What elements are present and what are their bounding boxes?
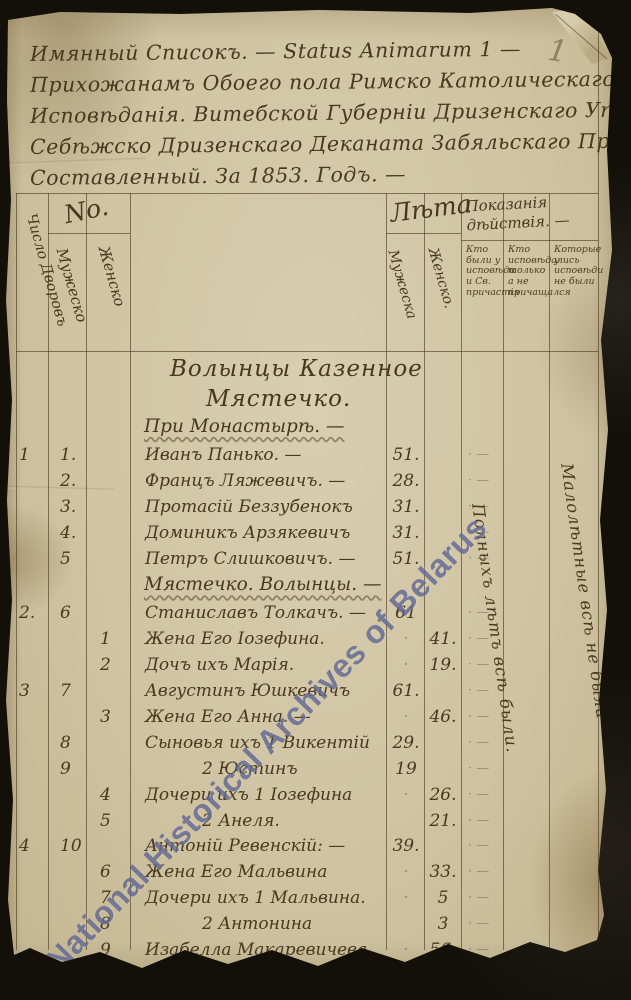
cell-age-male: 61.	[388, 681, 424, 701]
cell-age-male	[388, 940, 424, 960]
cell-action-mark	[468, 709, 588, 724]
cell-number-male: 1.	[50, 445, 96, 465]
cell-number-male: 6	[50, 603, 96, 623]
cell-age-female: 19.	[425, 655, 461, 675]
table-row: При Монастырѣ. —	[16, 416, 598, 445]
cell-age-female: 56.	[425, 940, 461, 960]
cell-age-male: 19	[388, 759, 424, 779]
cell-action-mark	[468, 447, 588, 462]
cell-name: Иванъ Панько. —	[130, 445, 405, 465]
cell-age-male	[388, 655, 424, 675]
document-page: Имянный Списокъ. — Status Animarum 1 — П…	[0, 0, 631, 1000]
cell-name: Петръ Слишковичъ. —	[130, 549, 405, 569]
table-row: Мястечко.	[16, 386, 598, 416]
cell-age-male	[388, 888, 424, 908]
cell-action-mark	[468, 735, 588, 750]
table-row: 2. 6 Станиславъ Толкачъ. — 61	[16, 603, 598, 629]
cell-action-mark	[468, 864, 588, 879]
cell-number-male: 5	[50, 549, 96, 569]
table-row: 9 2 Юстинъ 19	[16, 759, 598, 785]
cell-action-mark	[468, 657, 588, 672]
table-row: Волынцы Казенное	[16, 356, 598, 386]
cell-name: Дочери ихъ 1 Іозефина	[130, 785, 405, 805]
column-header-action-1: Кто были у исповѣди и Св. причастія	[462, 242, 503, 298]
table-hline	[48, 233, 130, 234]
cell-name: Дочери ихъ 1 Мальвина.	[130, 888, 405, 908]
cell-number-male: 4.	[50, 523, 96, 543]
cell-action-mark	[468, 916, 588, 931]
cell-name: Мястечко. Волынцы. —	[130, 574, 404, 595]
cell-action-mark	[468, 890, 588, 905]
cell-name: Францъ Ляжевичъ. —	[130, 471, 405, 491]
cell-age-female: 21.	[425, 811, 461, 831]
cell-age-male	[388, 862, 424, 882]
title-block: Имянный Списокъ. — Status Animarum 1 — П…	[30, 36, 590, 191]
table-row: 5 Петръ Слишковичъ. — 51.	[16, 549, 598, 575]
cell-age-male: 28.	[388, 471, 424, 491]
column-header-action-3: Которые у исповѣди не были	[550, 242, 597, 288]
cell-household-number: 4	[16, 836, 49, 856]
column-header-no-female: Женско	[95, 244, 129, 309]
cell-age-male: 39.	[388, 836, 424, 856]
table-row: 4 Дочери ихъ 1 Іозефина 26.	[16, 785, 598, 811]
cell-age-female: 26.	[425, 785, 461, 805]
cell-action-mark	[468, 813, 588, 828]
table-row: 4. Доминикъ Арзякевичъ 31.	[16, 523, 598, 549]
cell-name: При Монастырѣ. —	[130, 416, 404, 437]
table-row: 1 1. Иванъ Панько. — 51.	[16, 445, 598, 471]
cell-age-female: 3	[425, 914, 461, 934]
cell-age-male: 31.	[388, 497, 424, 517]
cell-age-female: 41.	[425, 629, 461, 649]
cell-household-number: 3	[16, 681, 49, 701]
cell-name: 2 Антонина	[130, 914, 462, 934]
cell-age-male: 29.	[388, 733, 424, 753]
cell-action-mark	[468, 942, 588, 957]
cell-age-female: 5	[425, 888, 461, 908]
table-row: 4 10 Антоній Ревенскій: — 39.	[16, 836, 598, 862]
cell-action-mark	[468, 787, 588, 802]
cell-household-number: 1	[16, 445, 49, 465]
table-body: Волынцы Казенное Мястечко. При Монастырѣ…	[16, 356, 598, 966]
cell-age-male	[388, 707, 424, 727]
cell-number-male: 3.	[50, 497, 96, 517]
table-row: 2. Францъ Ляжевичъ. — 28.	[16, 471, 598, 497]
cell-name: Мястечко.	[130, 386, 466, 412]
column-header-no: No.	[61, 192, 110, 230]
cell-name: Августинъ Юшкевичъ	[130, 681, 405, 701]
cell-age-female: 33.	[425, 862, 461, 882]
cell-name: Изабелла Макаревичева	[130, 940, 405, 960]
table-row: 1 Жена Его Іозефина. 41.	[16, 629, 598, 655]
cell-number-male: 10	[50, 836, 96, 856]
cell-number-male: 7	[50, 681, 96, 701]
cell-age-male: 31.	[388, 523, 424, 543]
cell-number-male: 8	[50, 733, 96, 753]
table-row: 5 2 Анеля. 21.	[16, 811, 598, 837]
cell-name: Волынцы Казенное	[130, 356, 430, 382]
cell-action-mark	[468, 683, 588, 698]
cell-age-male	[388, 785, 424, 805]
cell-action-mark	[468, 838, 588, 853]
column-header-actions: Показанія дѣйствія. —	[465, 191, 597, 235]
cell-number-male: 2.	[50, 471, 96, 491]
cell-age-male: 51.	[388, 445, 424, 465]
cell-name: Протасій Беззубенокъ	[130, 497, 405, 517]
table-row: Мястечко. Волынцы. —	[16, 574, 598, 603]
table-hline	[16, 351, 598, 352]
column-header-action-2: Кто исповѣдались только а не причащался	[504, 242, 549, 298]
table-row: 6 Жена Его Мальвина 33.	[16, 862, 598, 888]
column-header-age-male: Мужеска	[385, 248, 420, 321]
table-hline	[386, 233, 461, 234]
title-line-5: Составленный. За 1853. Годъ. —	[30, 157, 590, 194]
cell-name: Доминикъ Арзякевичъ	[130, 523, 405, 543]
cell-number-male: 9	[50, 759, 96, 779]
table-row: 9 Изабелла Макаревичева 56.	[16, 940, 598, 966]
cell-action-mark	[468, 761, 588, 776]
table-row: 3. Протасій Беззубенокъ 31.	[16, 497, 598, 523]
table-vline	[598, 30, 599, 950]
cell-household-number: 2.	[16, 603, 49, 623]
cell-age-female: 46.	[425, 707, 461, 727]
column-header-age-female: Женско.	[425, 246, 458, 310]
table-hline	[461, 240, 598, 241]
